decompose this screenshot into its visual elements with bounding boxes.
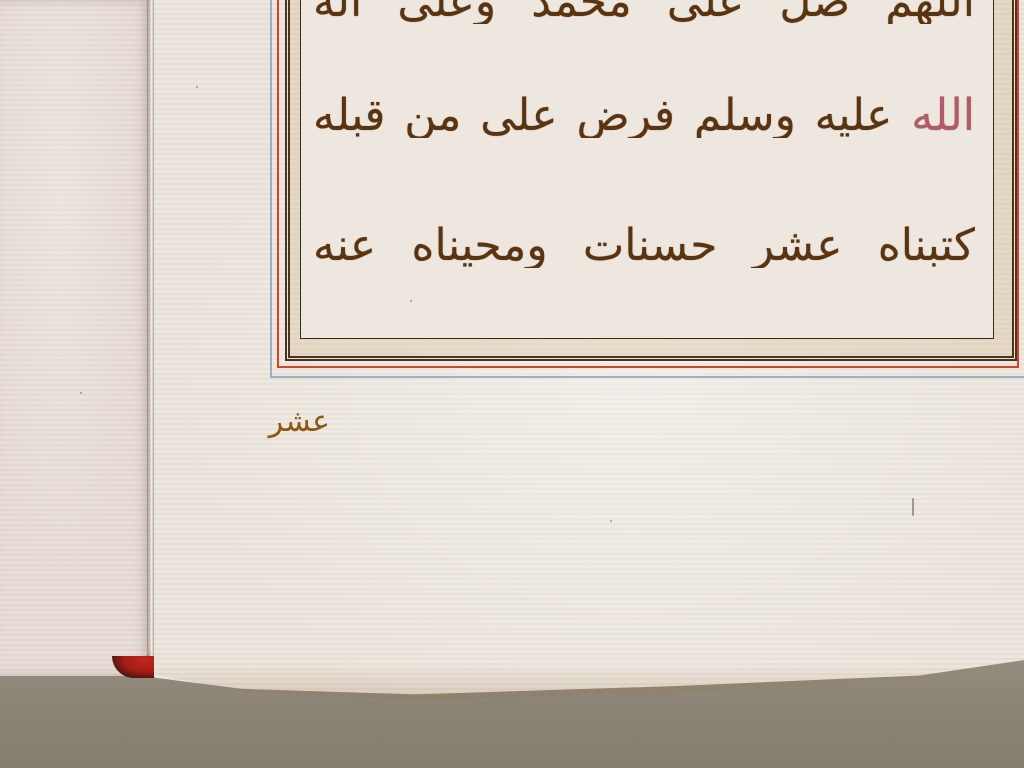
text-line-3-body: كتبناه عشر حسنات ومحيناه عنه bbox=[313, 224, 975, 268]
manuscript-photo: اللهم صلِّ على محمد وعلى آله الله عليه و… bbox=[0, 0, 1024, 768]
left-facing-page bbox=[0, 0, 152, 676]
text-line-1: اللهم صلِّ على محمد وعلى آله bbox=[313, 0, 975, 24]
text-line-2: الله عليه وسلم فرض على من قبله bbox=[313, 94, 975, 138]
text-line-1-body: اللهم صلِّ على محمد وعلى آله bbox=[313, 0, 975, 24]
rubric-allah: الله bbox=[911, 94, 975, 138]
text-block: اللهم صلِّ على محمد وعلى آله الله عليه و… bbox=[300, 0, 994, 339]
catchword: عشر bbox=[280, 404, 330, 468]
text-line-2-body: عليه وسلم فرض على من قبله bbox=[313, 94, 892, 138]
text-line-3: كتبناه عشر حسنات ومحيناه عنه bbox=[313, 224, 975, 268]
